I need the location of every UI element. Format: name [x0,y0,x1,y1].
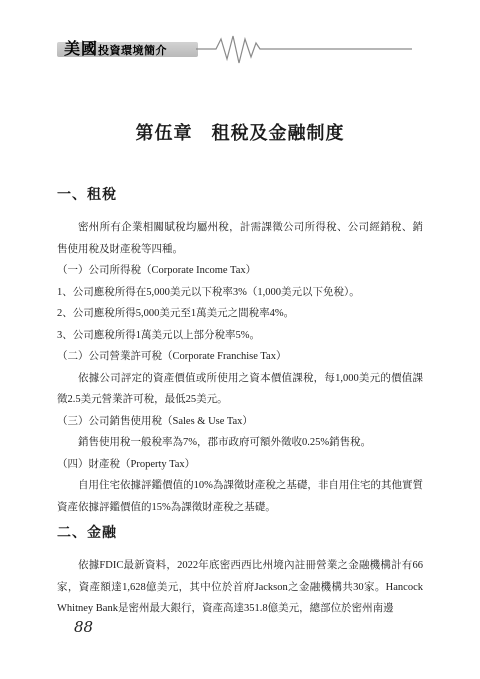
section-heading-finance: 二、金融 [57,524,423,544]
tax-item-3-label: （三）公司銷售使用稅（Sales & Use Tax） [57,411,423,433]
tax-item-2-label: （二）公司營業許可稅（Corporate Franchise Tax） [57,346,423,368]
tax-item-1-sub-2: 2、公司應稅所得5,000美元至1萬美元之間稅率4%。 [57,303,423,325]
tax-intro-paragraph: 密州所有企業相關賦稅均屬州稅，計需課徵公司所得稅、公司經銷稅、銷售使用稅及財產稅… [57,217,423,260]
finance-paragraph: 依據FDIC最新資料，2022年底密西西比州境內註冊營業之金融機構計有66家，資… [57,555,423,620]
tax-item-4-label: （四）財產稅（Property Tax） [57,454,423,476]
page-number: 88 [74,618,93,636]
tax-item-4-description: 自用住宅依據評鑑價值的10%為課徵財產稅之基礎，非自用住宅的其他實質資產依據評鑑… [57,475,423,518]
tax-item-3-description: 銷售使用稅一般稅率為7%，郡市政府可額外徵收0.25%銷售稅。 [57,432,423,454]
page-content: 第伍章 租稅及金融制度 一、租稅 密州所有企業相關賦稅均屬州稅，計需課徵公司所得… [57,0,423,620]
tax-item-1-label: （一）公司所得稅（Corporate Income Tax） [57,260,423,282]
tax-item-1-sub-1: 1、公司應稅所得在5,000美元以下稅率3%（1,000美元以下免稅）。 [57,282,423,304]
tax-item-1-sub-3: 3、公司應稅所得1萬美元以上部分稅率5%。 [57,325,423,347]
section-heading-tax: 一、租稅 [57,186,423,206]
tax-item-2-description: 依據公司評定的資產價值或所使用之資本價值課稅，每1,000美元的價值課徵2.5美… [57,368,423,411]
chapter-title: 第伍章 租稅及金融制度 [57,119,423,145]
